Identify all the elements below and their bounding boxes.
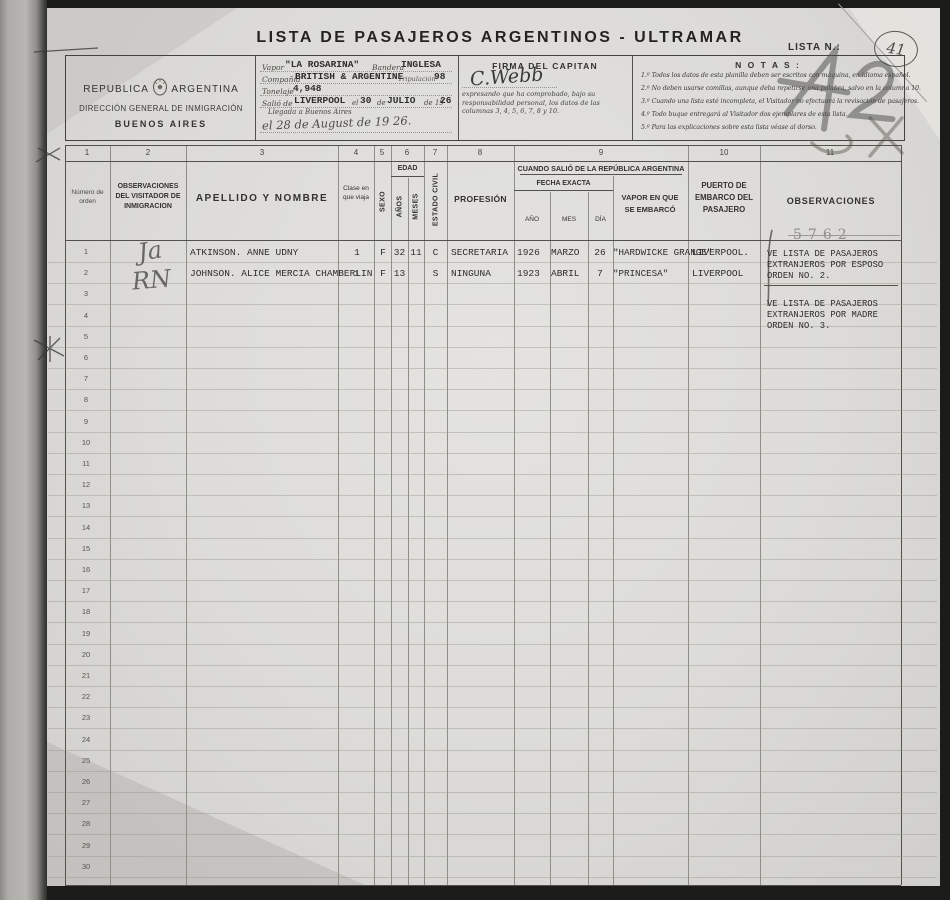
org-buenos-aires: BUENOS AIRES: [70, 119, 252, 129]
col3-header: APELLIDO Y NOMBRE: [188, 193, 336, 204]
passenger-cell: 11: [408, 247, 424, 258]
row-number: 7: [69, 374, 103, 383]
col4-header: Clase en que viaja: [340, 184, 372, 202]
vapor-value: "LA ROSARINA": [285, 59, 359, 70]
passenger-cell: 1923: [517, 268, 540, 279]
row-number: 20: [69, 650, 103, 659]
header-line: [65, 145, 901, 146]
org-republica: REPUBLICA: [83, 84, 148, 95]
row-number: 28: [69, 819, 103, 828]
passenger-cell: ORDEN NO. 3.: [767, 321, 830, 331]
row-rule-line: [48, 559, 937, 560]
row-number: 14: [69, 523, 103, 532]
header-line: [65, 161, 901, 162]
passenger-cell: 1: [341, 268, 373, 279]
argentina-coat-of-arms-icon: [152, 78, 168, 96]
firma-note: expresando que ha comprobado, bajo su re…: [462, 90, 630, 116]
row-rule-line: [48, 834, 937, 835]
column-number: 7: [423, 148, 447, 157]
row-number: 10: [69, 438, 103, 447]
row-number: 11: [69, 459, 103, 468]
column-line: [65, 145, 66, 885]
col9d-header: VAPOR EN QUE SE EMBARCÓ: [616, 192, 684, 216]
row-rule-line: [48, 686, 937, 687]
bandera-value: INGLESA: [401, 59, 441, 70]
row-number: 18: [69, 607, 103, 616]
row-rule-line: [48, 877, 937, 878]
row-number: 13: [69, 501, 103, 510]
row-number: 2: [69, 268, 103, 277]
llegada-label: Llegada a Buenos Aires: [268, 108, 352, 116]
passenger-cell: SECRETARIA: [451, 247, 508, 258]
passenger-cell: LIVERPOOL.: [692, 247, 749, 258]
passenger-cell: ABRIL: [551, 268, 580, 279]
header-line: [514, 190, 613, 191]
row-rule-line: [48, 368, 937, 369]
passenger-cell: ATKINSON. ANNE UDNY: [190, 247, 298, 258]
passenger-cell: 7: [588, 268, 612, 279]
org-section: REPUBLICA ARGENTINA DIRECCIÓN GENERAL DE…: [70, 78, 252, 129]
row-rule-line: [48, 538, 937, 539]
column-line: [338, 145, 339, 885]
header-divider: [255, 55, 256, 140]
row-number: 24: [69, 735, 103, 744]
col9-header: CUANDO SALIÓ DE LA REPÚBLICA ARGENTINA: [516, 164, 686, 173]
rule: [260, 94, 452, 96]
row-rule-line: [48, 750, 937, 751]
visitador-initials-mark: Ja: [136, 235, 164, 266]
col5-header: SEXO: [380, 152, 387, 252]
column-number: 9: [589, 148, 613, 157]
col9c-header: DÍA: [588, 216, 613, 223]
row-rule-line: [48, 410, 937, 411]
column-number: 1: [75, 148, 99, 157]
column-number: 10: [712, 148, 736, 157]
col8-header: PROFESIÓN: [449, 194, 512, 204]
rule: [260, 82, 452, 84]
column-number: 4: [344, 148, 368, 157]
row-number: 29: [69, 841, 103, 850]
col9-sub-header: FECHA EXACTA: [516, 180, 611, 187]
passenger-cell: C: [425, 247, 446, 258]
row-number: 25: [69, 756, 103, 765]
header-line: [391, 176, 424, 177]
passenger-cell: F: [375, 268, 391, 279]
row-rule-line: [48, 665, 937, 666]
org-argentina: ARGENTINA: [171, 84, 238, 95]
row-rule-line: [48, 432, 937, 433]
column-number: 11: [818, 148, 842, 157]
passenger-cell: LIVERPOOL: [692, 268, 743, 279]
column-line: [760, 145, 761, 885]
col2-header: OBSERVACIONES DEL VISITADOR DE INMIGRACI…: [112, 182, 184, 212]
passenger-cell: 26: [588, 247, 612, 258]
passenger-cell: "PRINCESA": [613, 268, 668, 279]
salio-value: LIVERPOOL: [294, 95, 345, 106]
row-number: 3: [69, 289, 103, 298]
row-rule-line: [48, 622, 937, 623]
rule: [260, 131, 452, 133]
row-number: 1: [69, 247, 103, 256]
row-number: 22: [69, 692, 103, 701]
passenger-cell: S: [425, 268, 446, 279]
passenger-cell: MARZO: [551, 247, 580, 258]
col9a-header: AÑO: [514, 216, 550, 223]
column-number: 5: [370, 148, 394, 157]
column-line: [110, 145, 111, 885]
passenger-cell: 1926: [517, 247, 540, 258]
row-rule-line: [48, 813, 937, 814]
org-direccion: DIRECCIÓN GENERAL DE INMIGRACIÓN: [70, 104, 252, 113]
passenger-cell: VE LISTA DE PASAJEROS: [767, 299, 878, 309]
passenger-cell: VE LISTA DE PASAJEROS: [767, 249, 878, 259]
col9b-header: MES: [550, 216, 588, 223]
visitador-initials-mark: RN: [131, 265, 172, 296]
header-line: [520, 174, 682, 175]
row-number: 27: [69, 798, 103, 807]
row-rule-line: [48, 580, 937, 581]
row-number: 17: [69, 586, 103, 595]
row-number: 5: [69, 332, 103, 341]
header-divider: [632, 55, 633, 140]
col10-header: PUERTO DE EMBARCO DEL PASAJERO: [690, 180, 758, 216]
tripulacion-value: 98: [434, 71, 445, 82]
row-rule-line: [48, 792, 937, 793]
column-number: 3: [250, 148, 274, 157]
salio-dia: 30: [360, 95, 371, 106]
column-line: [901, 145, 902, 885]
page-title: LISTA DE PASAJEROS ARGENTINOS - ULTRAMAR: [240, 29, 760, 47]
row-rule-line: [48, 771, 937, 772]
scanned-document-page: LISTA DE PASAJEROS ARGENTINOS - ULTRAMAR…: [0, 0, 950, 900]
passenger-cell: EXTRANJEROS POR MADRE: [767, 310, 878, 320]
header-line: [65, 885, 901, 886]
col6a-header: AÑOS: [397, 157, 404, 257]
col11-header: OBSERVACIONES: [762, 196, 900, 206]
row-number: 12: [69, 480, 103, 489]
row-rule-line: [48, 707, 937, 708]
row-rule-line: [48, 474, 937, 475]
column-line: [186, 145, 187, 885]
row-rule-line: [48, 495, 937, 496]
row-number: 4: [69, 311, 103, 320]
tonelaje-value: 4,948: [293, 83, 322, 94]
passenger-cell: F: [375, 247, 391, 258]
column-number: 8: [468, 148, 492, 157]
rule: [462, 86, 557, 88]
row-rule-line: [48, 856, 937, 857]
passenger-cell: 32: [391, 247, 408, 258]
col6b-header: MESES: [413, 157, 420, 257]
column-number: 6: [395, 148, 419, 157]
row-number: 21: [69, 671, 103, 680]
row-rule-line: [48, 644, 937, 645]
row-number: 30: [69, 862, 103, 871]
salio-mes: JULIO: [387, 95, 416, 106]
row-number: 16: [69, 565, 103, 574]
row-number: 19: [69, 629, 103, 638]
row-rule-line: [48, 453, 937, 454]
salio-anio: 26: [440, 95, 451, 106]
column-line: [514, 145, 515, 885]
row-rule-line: [48, 728, 937, 729]
row-rule-line: [48, 601, 937, 602]
passenger-cell: EXTRANJEROS POR ESPOSO: [767, 260, 883, 270]
passenger-cell: ORDEN NO. 2.: [767, 271, 830, 281]
row-rule-line: [48, 389, 937, 390]
row-number: 23: [69, 713, 103, 722]
header-divider: [458, 55, 459, 140]
header-line: [65, 240, 901, 241]
row-number: 9: [69, 417, 103, 426]
row-rule-line: [48, 347, 937, 348]
passenger-cell: 13: [391, 268, 408, 279]
row-number: 8: [69, 395, 103, 404]
col1-header: Número de orden: [66, 189, 109, 206]
stamp-strike-line: [788, 235, 900, 236]
passenger-cell: NINGUNA: [451, 268, 491, 279]
passenger-cell: 1: [341, 247, 373, 258]
row-number: 15: [69, 544, 103, 553]
column-line: [447, 145, 448, 885]
row-number: 26: [69, 777, 103, 786]
row-number: 6: [69, 353, 103, 362]
compania-value: BRITISH & ARGENTINE: [295, 71, 403, 82]
column-number: 2: [136, 148, 160, 157]
observation-underline: [764, 285, 898, 286]
row-rule-line: [48, 516, 937, 517]
col7-header: ESTADO CIVIL: [433, 150, 440, 250]
